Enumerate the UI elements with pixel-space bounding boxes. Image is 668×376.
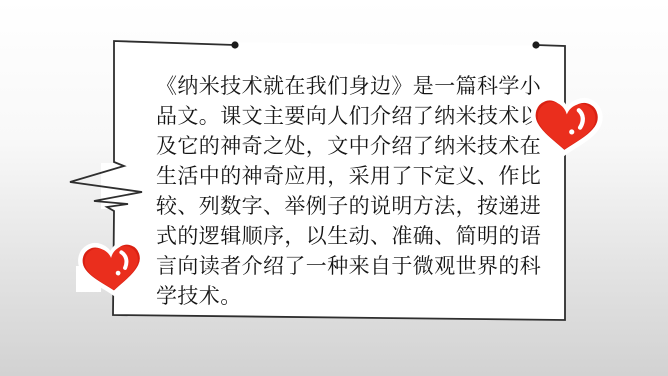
text-line-1: 《纳米技术就在我们身边》是一篇科学小 [156,71,568,101]
frame-endpoint-dot-left [231,41,238,48]
text-line-3: 及它的神奇之处，文中介绍了纳米技术在 [156,131,568,161]
heart-icon-left [75,236,150,301]
slide-body-text: 《纳米技术就在我们身边》是一篇科学小 品文。课文主要向人们介绍了纳米技术以 及它… [156,71,568,311]
text-line-6: 式的逻辑顺序，以生动、准确、简明的语 [156,221,568,251]
slide-canvas: 《纳米技术就在我们身边》是一篇科学小 品文。课文主要向人们介绍了纳米技术以 及它… [0,0,668,376]
text-line-5: 较、列数字、举例子的说明方法，按递进 [156,191,568,221]
frame-endpoint-dot-right [532,41,539,48]
text-line-4: 生活中的神奇应用，采用了下定义、作比 [156,161,568,191]
text-line-7: 言向读者介绍了一种来自于微观世界的科 [156,251,568,281]
heart-icon [75,236,150,301]
text-line-2: 品文。课文主要向人们介绍了纳米技术以 [156,101,568,131]
text-line-8: 学技术。 [156,281,568,311]
heart-icon [526,91,606,160]
heart-icon-right [526,91,606,160]
